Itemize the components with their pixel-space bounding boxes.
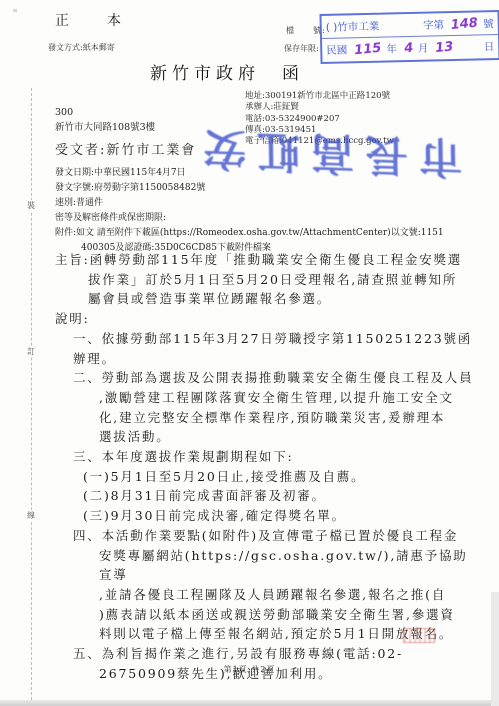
- registry-number-handwritten: 148: [450, 15, 478, 32]
- registry-year-unit: 年: [386, 41, 397, 56]
- registry-org: ( )竹市工業: [326, 18, 380, 34]
- scan-edge-bottom: [0, 700, 499, 706]
- red-receipt-stamp: [403, 628, 435, 643]
- item-4: 四、本活動作業要點(如附件)及宣傳電子檔已置於優良工程金: [73, 526, 479, 546]
- retention-period-label: 保存年限:: [284, 43, 319, 54]
- scan-edge-right: [491, 592, 499, 706]
- item-1: 一、依據勞動部115年3月27日勞職授字第1150251223號函辦理。: [73, 329, 479, 368]
- binding-mark-xian: 線: [23, 510, 39, 521]
- agency-fax: 傳真:03-5319451: [245, 125, 394, 136]
- document-meta-block: 發文日期:中華民國115年4月7日 發文字號:府勞動字第1150058482號 …: [55, 166, 444, 256]
- registry-received-stamp: ( )竹市工業 字第 148 號 民國 115 年 4 月 13 日: [319, 10, 499, 64]
- recipient-street: 新竹市大同路108號3樓: [55, 119, 155, 133]
- agency-address: 地址:300191新竹市北區中正路120號: [245, 91, 394, 102]
- registry-stamp-row2: 民國 115 年 4 月 13 日: [322, 35, 498, 61]
- agency-contact-block: 地址:300191新竹市北區中正路120號 承辦人:莊鉦賢 電話:03-5324…: [245, 91, 394, 147]
- speed-class: 速別:普通件: [55, 196, 444, 211]
- attachment-note-line1: 附件:如文 請至附件下載區(https://Romeodex.osha.gov.…: [55, 226, 444, 241]
- copy-type-label: 正 本: [55, 10, 133, 30]
- registry-zi-di: 字第: [423, 17, 444, 32]
- registry-month-unit: 月: [418, 40, 429, 55]
- security-class: 密等及解密條件或保密期限:: [55, 211, 444, 226]
- item-3-sub-3: (三)9月30日前完成決審,確定得獎名單。: [83, 506, 479, 526]
- registry-year-handwritten: 115: [354, 40, 382, 57]
- issue-date: 發文日期:中華民國115年4月7日: [55, 166, 444, 181]
- item-2-cont: 化,建立完整安全標準作業程序,預防職業災害,爰辦理本: [99, 408, 479, 428]
- subject-line: 屬會員或營造事業單位踴躍報名參選。: [88, 289, 479, 309]
- item-2: 二、勞動部為選拔及公開表揚推動職業安全衛生優良工程及人員: [73, 368, 479, 388]
- registry-day-unit: 日: [484, 39, 495, 54]
- item-2-cont: ,激勵營建工程團隊落實安全衛生管理,以提升施工安全文: [99, 388, 479, 408]
- issue-number: 發文字號:府勞動字第1150058482號: [55, 181, 444, 196]
- item-4-cont: 安獎專屬網站(https://gsc.osha.gov.tw/),請惠予協助宣導: [99, 546, 479, 585]
- registry-month-handwritten: 4: [403, 40, 413, 56]
- recipient-zip: 300: [55, 107, 73, 118]
- item-3-sub-1: (一)5月1日至5月20日止,接受推薦及自薦。: [83, 467, 479, 487]
- registry-era: 民國: [326, 42, 347, 57]
- binding-mark-zhuang: 裝: [23, 200, 39, 211]
- page-number: 第1頁,共2頁: [0, 664, 499, 675]
- item-2-cont: 選拔活動。: [99, 427, 479, 447]
- subject-line: 主旨:函轉勞動部115年度「推動職業安全衛生優良工程金安獎選: [55, 250, 479, 270]
- letter-body: 主旨:函轉勞動部115年度「推動職業安全衛生優良工程金安獎選 拔作業」訂於5月1…: [55, 250, 479, 683]
- explanation-header: 說明:: [55, 309, 479, 329]
- item-4-cont: )薦表請以紙本函送或親送勞動部職業安全衛生署,參選資: [99, 605, 479, 625]
- registry-day-handwritten: 13: [435, 39, 454, 56]
- agency-phone: 電話:03-5324900#207: [245, 114, 394, 125]
- subject-line: 拔作業」訂於5月1日至5月20日受理報名,請查照並轉知所: [88, 270, 479, 290]
- delivery-method: 發文方式:紙本郵寄: [48, 42, 115, 53]
- scan-corner-mark: [13, 9, 17, 12]
- agency-email: 電子信箱:041121@ems.hccg.gov.tw: [245, 136, 394, 147]
- document-title: 新竹市政府 函: [0, 59, 454, 84]
- item-3: 三、本年度選拔作業規劃期程如下:: [73, 447, 479, 467]
- item-4-cont: ,並請各優良工程團隊及人員踴躍報名參選,報名之推(自: [99, 585, 479, 605]
- recipient-line: 受文者:新竹市工業會: [55, 139, 196, 158]
- agency-contact-person: 承辦人:莊鉦賢: [245, 102, 394, 113]
- item-3-sub-2: (二)8月31日前完成書面評審及初審。: [83, 486, 479, 506]
- registry-number-unit: 號: [483, 16, 494, 31]
- binding-mark-ding: 訂: [23, 346, 39, 357]
- item-5: 五、為利旨揭作業之進行,另設有服務專線(電話:02-: [73, 644, 479, 664]
- official-letter-page: 裝 訂 線 正 本 發文方式:紙本郵寄 檔 號: 保存年限: ( )竹市工業 字…: [0, 0, 499, 706]
- binding-dashed-line: [31, 88, 32, 700]
